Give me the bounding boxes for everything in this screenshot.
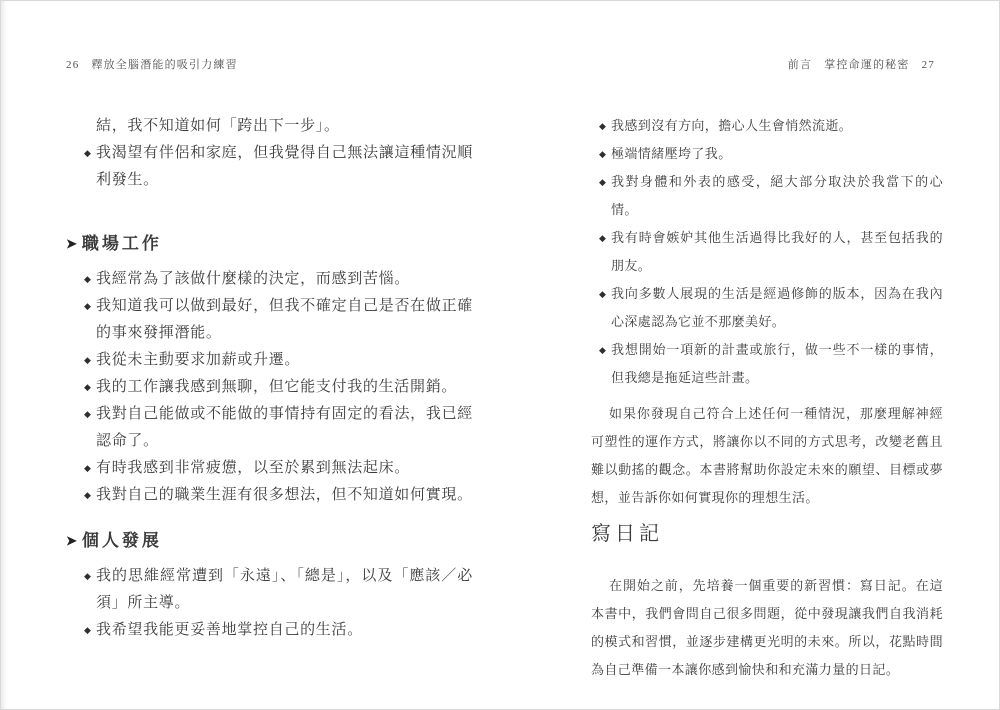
bullet-text: 我希望我能更妥善地掌控自己的生活。: [96, 622, 363, 638]
bullet-text: 有時我感到非常疲憊，以至於累到無法起床。: [96, 460, 410, 476]
section-heading-text: 個人發展: [82, 529, 162, 553]
bullet-text: 我感到沒有方向，擔心人生會悄然流逝。: [611, 118, 852, 133]
bullet-text: 我知道我可以做到最好，但我不確定自己是否在做正確的事來發揮潛能。: [96, 298, 473, 341]
list-item: ◆ 我希望我能更妥善地掌控自己的生活。: [96, 617, 473, 644]
journal-paragraph: 在開始之前，先培養一個重要的新習慣：寫日記。在這本書中，我們會問自己很多問題，從…: [591, 572, 943, 684]
diamond-bullet-icon: ◆: [599, 168, 606, 196]
list-item: ◆ 極端情緒壓垮了我。: [611, 140, 943, 168]
bullet-text: 我從未主動要求加薪或升遷。: [96, 352, 300, 368]
bullet-text: 我的工作讓我感到無聊，但它能支付我的生活開銷。: [96, 379, 457, 395]
bullet-text: 我向多數人展現的生活是經過修飾的版本，因為在我內心深處認為它並不那麼美好。: [611, 286, 943, 329]
list-item: ◆ 有時我感到非常疲憊，以至於累到無法起床。: [96, 455, 473, 482]
list-item: ◆ 我的工作讓我感到無聊，但它能支付我的生活開銷。: [96, 374, 473, 401]
list-item: ◆ 我向多數人展現的生活是經過修飾的版本，因為在我內心深處認為它並不那麼美好。: [611, 280, 943, 336]
journal-section-heading: 寫日記: [591, 520, 943, 548]
diamond-bullet-icon: ◆: [599, 140, 606, 168]
diamond-bullet-icon: ◆: [84, 401, 92, 428]
diamond-bullet-icon: ◆: [599, 280, 606, 308]
list-item: ◆ 我對自己能做或不能做的事情持有固定的看法，我已經認命了。: [96, 401, 473, 455]
personal-bullet-list: ◆ 我的思維經常遭到「永遠」、「總是」，以及「應該／必須」所主導。 ◆ 我希望我…: [66, 563, 473, 644]
diamond-bullet-icon: ◆: [84, 563, 92, 590]
list-item: ◆ 我對身體和外表的感受，絕大部分取決於我當下的心情。: [611, 168, 943, 224]
work-bullet-list: ◆ 我經常為了該做什麼樣的決定，而感到苦惱。 ◆ 我知道我可以做到最好，但我不確…: [66, 266, 473, 509]
bullet-text: 我有時會嫉妒其他生活過得比我好的人，甚至包括我的朋友。: [611, 230, 943, 273]
bullet-text: 極端情緒壓垮了我。: [611, 146, 732, 161]
section-heading-personal: ➤ 個人發展: [66, 529, 473, 553]
list-item: ◆ 我從未主動要求加薪或升遷。: [96, 347, 473, 374]
left-page-number: 26: [66, 58, 79, 72]
left-page: 26 釋放全腦潛能的吸引力練習 結，我不知道如何「跨出下一步」。 ◆ 我渴望有伴…: [66, 58, 473, 644]
right-page-header: 前言 掌控命運的秘密 27: [591, 58, 943, 72]
chapter-label: 前言: [788, 58, 812, 72]
intro-bullet-list: ◆ 我渴望有伴侶和家庭，但我覺得自己無法讓這種情況順利發生。: [66, 140, 473, 194]
diamond-bullet-icon: ◆: [84, 140, 92, 167]
right-page-number: 27: [922, 58, 935, 72]
diamond-bullet-icon: ◆: [84, 293, 92, 320]
diamond-bullet-icon: ◆: [599, 336, 606, 364]
diamond-bullet-icon: ◆: [84, 482, 92, 509]
chapter-title: 掌控命運的秘密: [824, 58, 909, 72]
list-item: ◆ 我渴望有伴侶和家庭，但我覺得自己無法讓這種情況順利發生。: [96, 140, 473, 194]
list-item: ◆ 我的思維經常遭到「永遠」、「總是」，以及「應該／必須」所主導。: [96, 563, 473, 617]
diamond-bullet-icon: ◆: [599, 112, 606, 140]
list-item: ◆ 我對自己的職業生涯有很多想法，但不知道如何實現。: [96, 482, 473, 509]
bullet-text: 我經常為了該做什麼樣的決定，而感到苦惱。: [96, 271, 410, 287]
bullet-text: 我的思維經常遭到「永遠」、「總是」，以及「應該／必須」所主導。: [96, 568, 473, 611]
list-item: ◆ 我知道我可以做到最好，但我不確定自己是否在做正確的事來發揮潛能。: [96, 293, 473, 347]
right-page: 前言 掌控命運的秘密 27 ◆ 我感到沒有方向，擔心人生會悄然流逝。 ◆ 極端情…: [591, 58, 943, 684]
left-page-body: 結，我不知道如何「跨出下一步」。 ◆ 我渴望有伴侶和家庭，但我覺得自己無法讓這種…: [66, 113, 473, 644]
right-page-body: ◆ 我感到沒有方向，擔心人生會悄然流逝。 ◆ 極端情緒壓垮了我。 ◆ 我對身體和…: [591, 112, 943, 684]
arrowhead-icon: ➤: [66, 232, 77, 256]
diamond-bullet-icon: ◆: [84, 617, 92, 644]
diamond-bullet-icon: ◆: [599, 224, 606, 252]
list-item: ◆ 我有時會嫉妒其他生活過得比我好的人，甚至包括我的朋友。: [611, 224, 943, 280]
list-item: ◆ 我感到沒有方向，擔心人生會悄然流逝。: [611, 112, 943, 140]
list-item: ◆ 我經常為了該做什麼樣的決定，而感到苦惱。: [96, 266, 473, 293]
list-item: ◆ 我想開始一項新的計畫或旅行，做一些不一樣的事情，但我總是拖延這些計畫。: [611, 336, 943, 392]
arrowhead-icon: ➤: [66, 529, 77, 553]
bullet-text: 我對自己的職業生涯有很多想法，但不知道如何實現。: [96, 487, 473, 503]
section-heading-text: 職場工作: [82, 232, 162, 256]
bullet-text: 我對身體和外表的感受，絕大部分取決於我當下的心情。: [611, 174, 943, 217]
book-spread: 26 釋放全腦潛能的吸引力練習 結，我不知道如何「跨出下一步」。 ◆ 我渴望有伴…: [0, 0, 1000, 710]
bullet-text: 我對自己能做或不能做的事情持有固定的看法，我已經認命了。: [96, 406, 473, 449]
section-heading-work: ➤ 職場工作: [66, 232, 473, 256]
diamond-bullet-icon: ◆: [84, 347, 92, 374]
diamond-bullet-icon: ◆: [84, 374, 92, 401]
left-page-header: 26 釋放全腦潛能的吸引力練習: [66, 58, 473, 72]
neuroplasticity-paragraph: 如果你發現自己符合上述任何一種情況，那麼理解神經可塑性的運作方式，將讓你以不同的…: [591, 400, 943, 512]
diamond-bullet-icon: ◆: [84, 266, 92, 293]
bullet-text: 我想開始一項新的計畫或旅行，做一些不一樣的事情，但我總是拖延這些計畫。: [611, 342, 943, 385]
life-bullet-list: ◆ 我感到沒有方向，擔心人生會悄然流逝。 ◆ 極端情緒壓垮了我。 ◆ 我對身體和…: [591, 112, 943, 392]
continuation-text: 結，我不知道如何「跨出下一步」。: [66, 113, 473, 140]
bullet-text: 我渴望有伴侶和家庭，但我覺得自己無法讓這種情況順利發生。: [96, 145, 473, 188]
diamond-bullet-icon: ◆: [84, 455, 92, 482]
book-title: 釋放全腦潛能的吸引力練習: [91, 58, 237, 72]
